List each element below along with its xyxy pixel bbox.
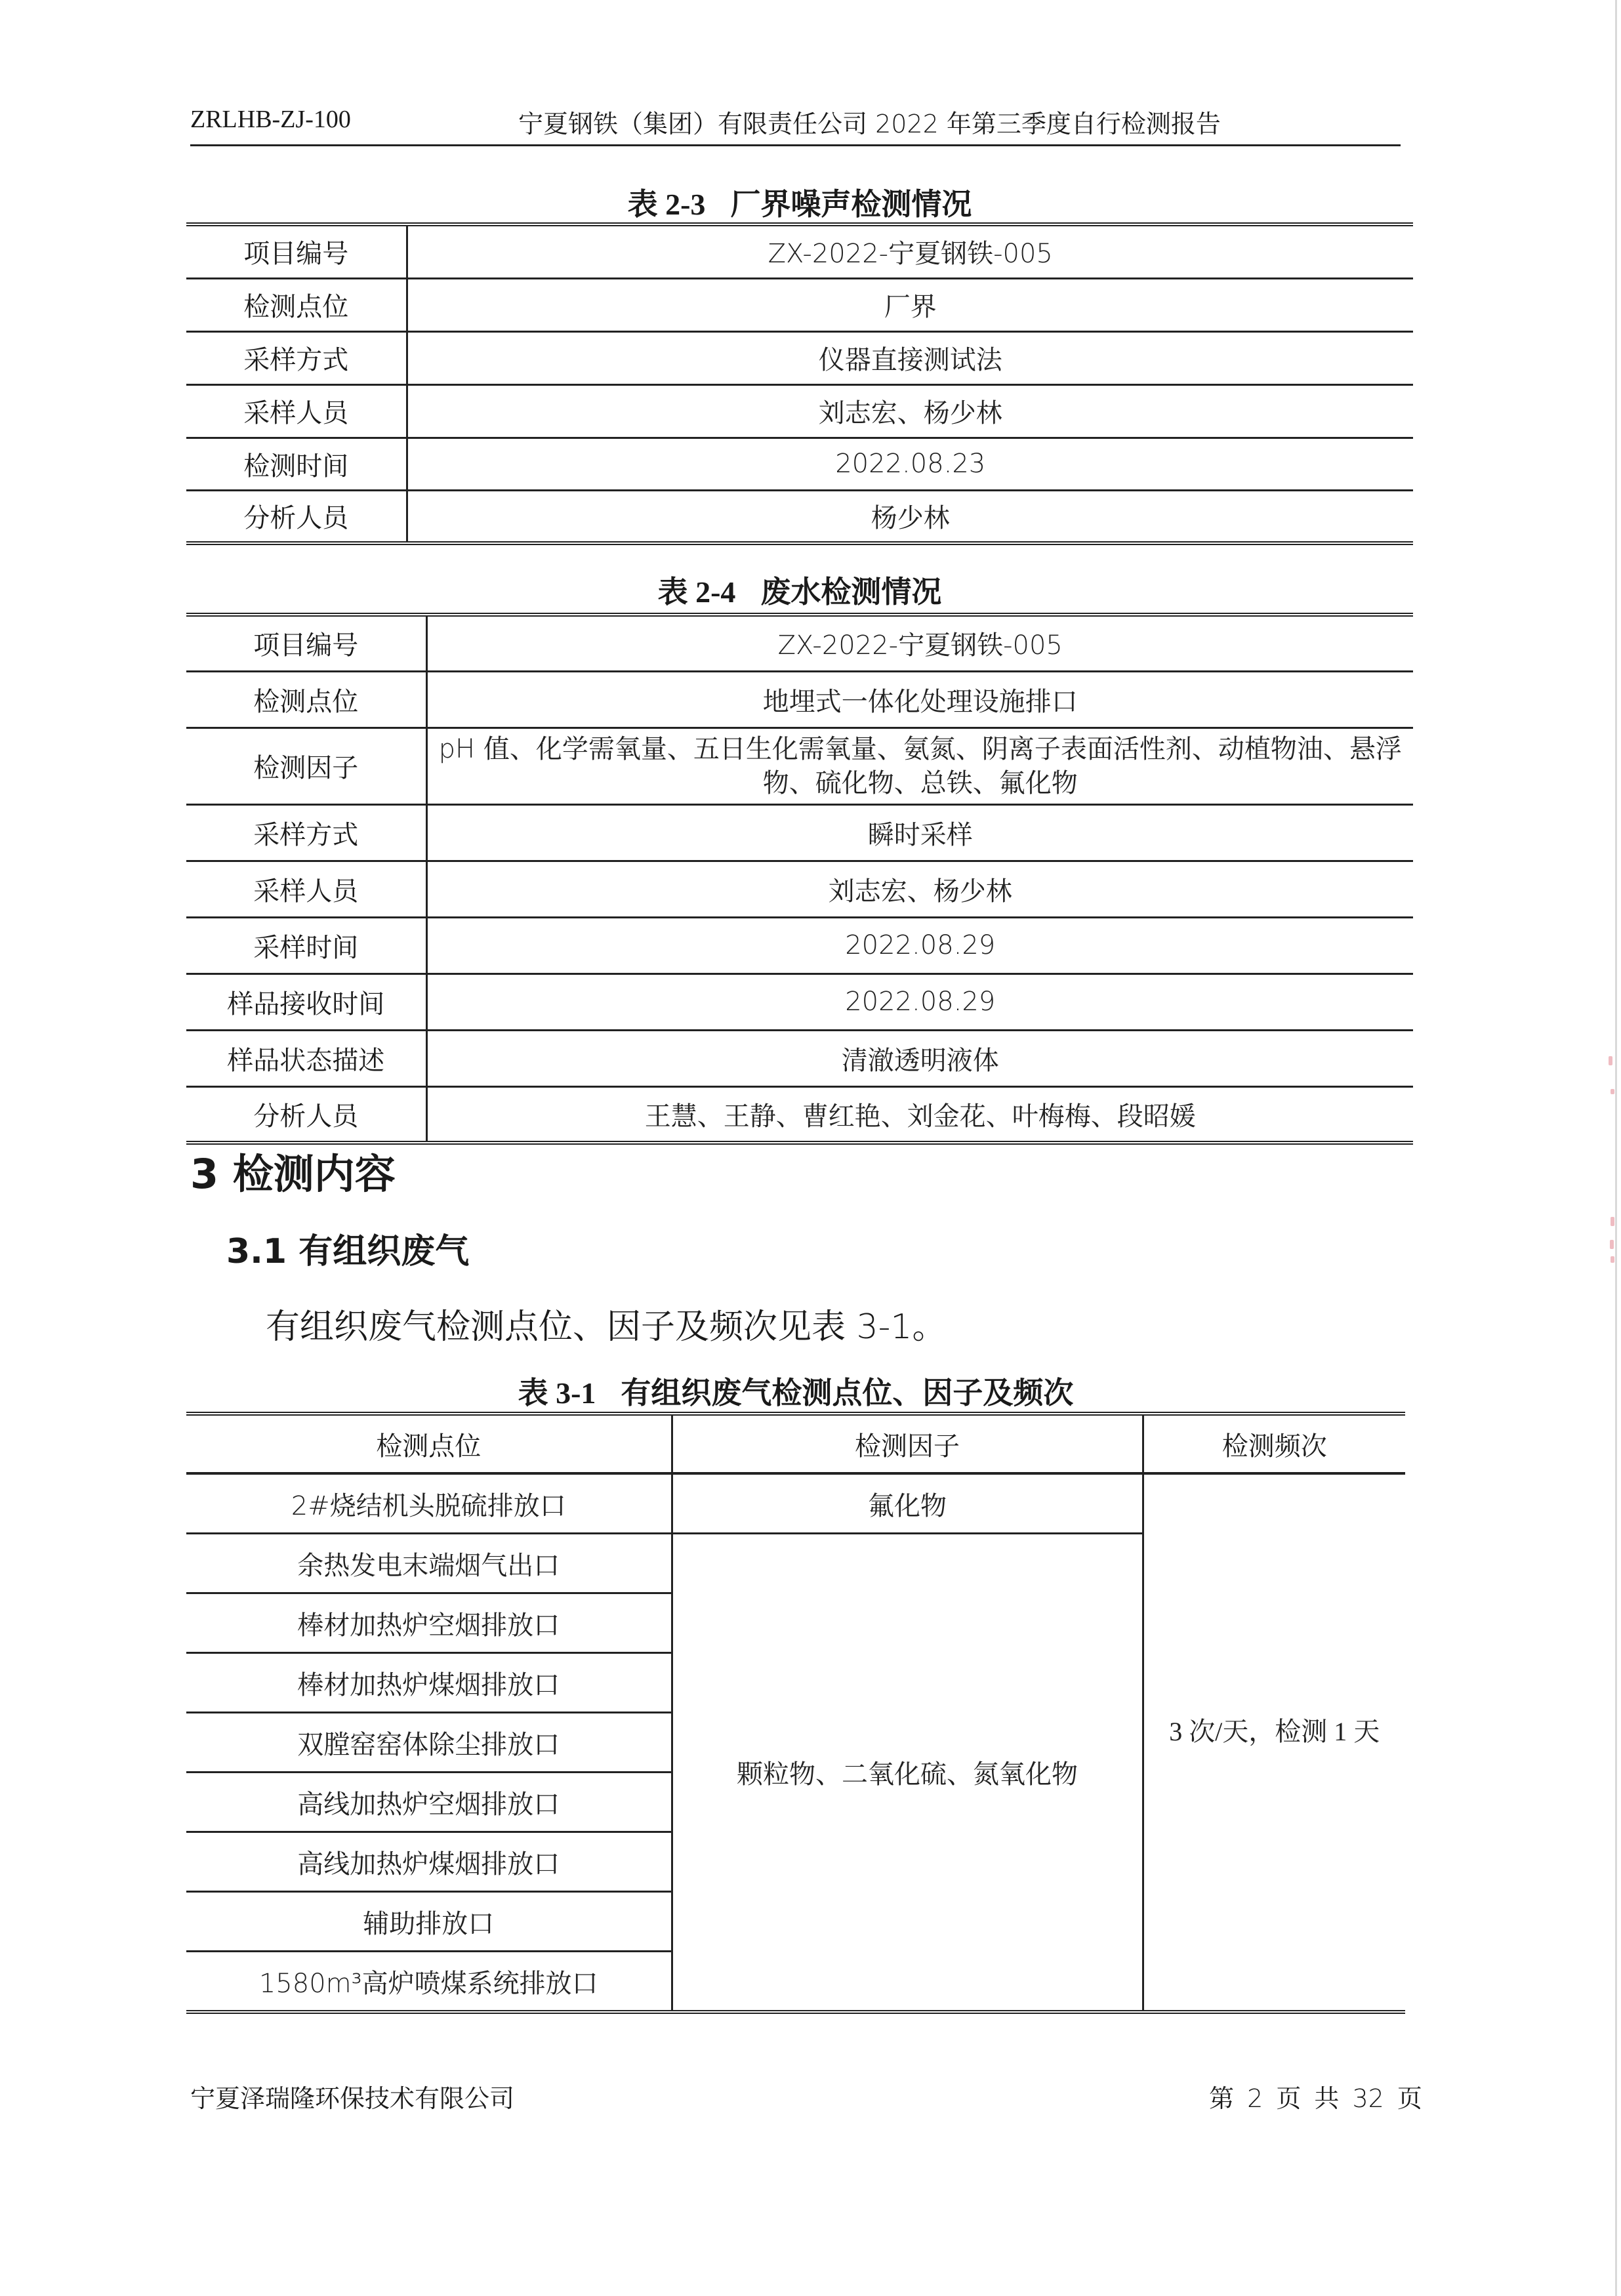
seal-fragment [1611, 1217, 1614, 1226]
factor-cell: 氟化物 [672, 1473, 1143, 1534]
table-row: 项目编号ZX-2022-宁夏钢铁-005 [186, 615, 1413, 671]
document-code: ZRLHB-ZJ-100 [190, 105, 351, 134]
table-row: 检测点位厂界 [186, 278, 1413, 331]
seal-fragment [1611, 1089, 1614, 1094]
table-header-row: 检测点位 检测因子 检测频次 [186, 1414, 1405, 1473]
seal-fragment [1611, 1256, 1614, 1263]
table-row: 采样方式仪器直接测试法 [186, 331, 1413, 384]
page-header: ZRLHB-ZJ-100 宁夏钢铁（集团）有限责任公司 2022 年第三季度自行… [190, 98, 1410, 144]
table-row: 检测点位地埋式一体化处理设施排口 [186, 671, 1413, 728]
table-row: 样品接收时间2022.08.29 [186, 974, 1413, 1030]
frequency-cell: 3 次/天，检测 1 天 [1143, 1473, 1405, 2012]
table-3-1-organized-exhaust: 检测点位 检测因子 检测频次 2#烧结机头脱硫排放口 氟化物 3 次/天，检测 … [186, 1412, 1405, 2014]
footer-company: 宁夏泽瑞隆环保技术有限公司 [190, 2078, 514, 2114]
header-rule [190, 144, 1401, 146]
table-row: 分析人员王慧、王静、曹红艳、刘金花、叶梅梅、段昭媛 [186, 1086, 1413, 1143]
report-title: 宁夏钢铁（集团）有限责任公司 2022 年第三季度自行检测报告 [518, 104, 1221, 140]
table-row: 检测因子pH 值、化学需氧量、五日生化需氧量、氨氮、阴离子表面活性剂、动植物油、… [186, 728, 1413, 804]
table-3-1-caption: 表 3-1有组织废气检测点位、因子及频次 [186, 1369, 1405, 1412]
seal-fragment [1610, 1240, 1614, 1249]
column-header: 检测点位 [186, 1414, 672, 1473]
table-row: 分析人员杨少林 [186, 490, 1413, 543]
table-row: 采样人员刘志宏、杨少林 [186, 861, 1413, 917]
table-row: 项目编号ZX-2022-宁夏钢铁-005 [186, 224, 1413, 278]
scan-edge-line [1615, 0, 1617, 2296]
table-row: 采样人员刘志宏、杨少林 [186, 384, 1413, 438]
page-number: 第 2 页 共 32 页 [1209, 2078, 1422, 2114]
subsection-heading: 3.1 有组织废气 [226, 1223, 469, 1273]
body-paragraph: 有组织废气检测点位、因子及频次见表 3-1。 [266, 1299, 946, 1348]
column-header: 检测频次 [1143, 1414, 1405, 1473]
table-2-3-noise: 项目编号ZX-2022-宁夏钢铁-005 检测点位厂界 采样方式仪器直接测试法 … [186, 222, 1413, 545]
column-header: 检测因子 [672, 1414, 1143, 1473]
factor-cell: 颗粒物、二氧化硫、氮氧化物 [672, 1534, 1143, 2013]
table-row: 检测时间2022.08.23 [186, 438, 1413, 490]
section-heading: 3 检测内容 [190, 1141, 396, 1200]
table-row: 样品状态描述清澈透明液体 [186, 1030, 1413, 1086]
table-2-3-caption: 表 2-3厂界噪声检测情况 [186, 180, 1413, 224]
report-page: ZRLHB-ZJ-100 宁夏钢铁（集团）有限责任公司 2022 年第三季度自行… [0, 0, 1621, 2296]
table-2-4-wastewater: 项目编号ZX-2022-宁夏钢铁-005 检测点位地埋式一体化处理设施排口 检测… [186, 613, 1413, 1145]
table-2-4-caption: 表 2-4废水检测情况 [186, 568, 1413, 611]
table-row: 采样时间2022.08.29 [186, 917, 1413, 974]
seal-fragment [1609, 1056, 1612, 1065]
table-row: 2#烧结机头脱硫排放口 氟化物 3 次/天，检测 1 天 [186, 1473, 1405, 1534]
table-row: 采样方式瞬时采样 [186, 804, 1413, 861]
